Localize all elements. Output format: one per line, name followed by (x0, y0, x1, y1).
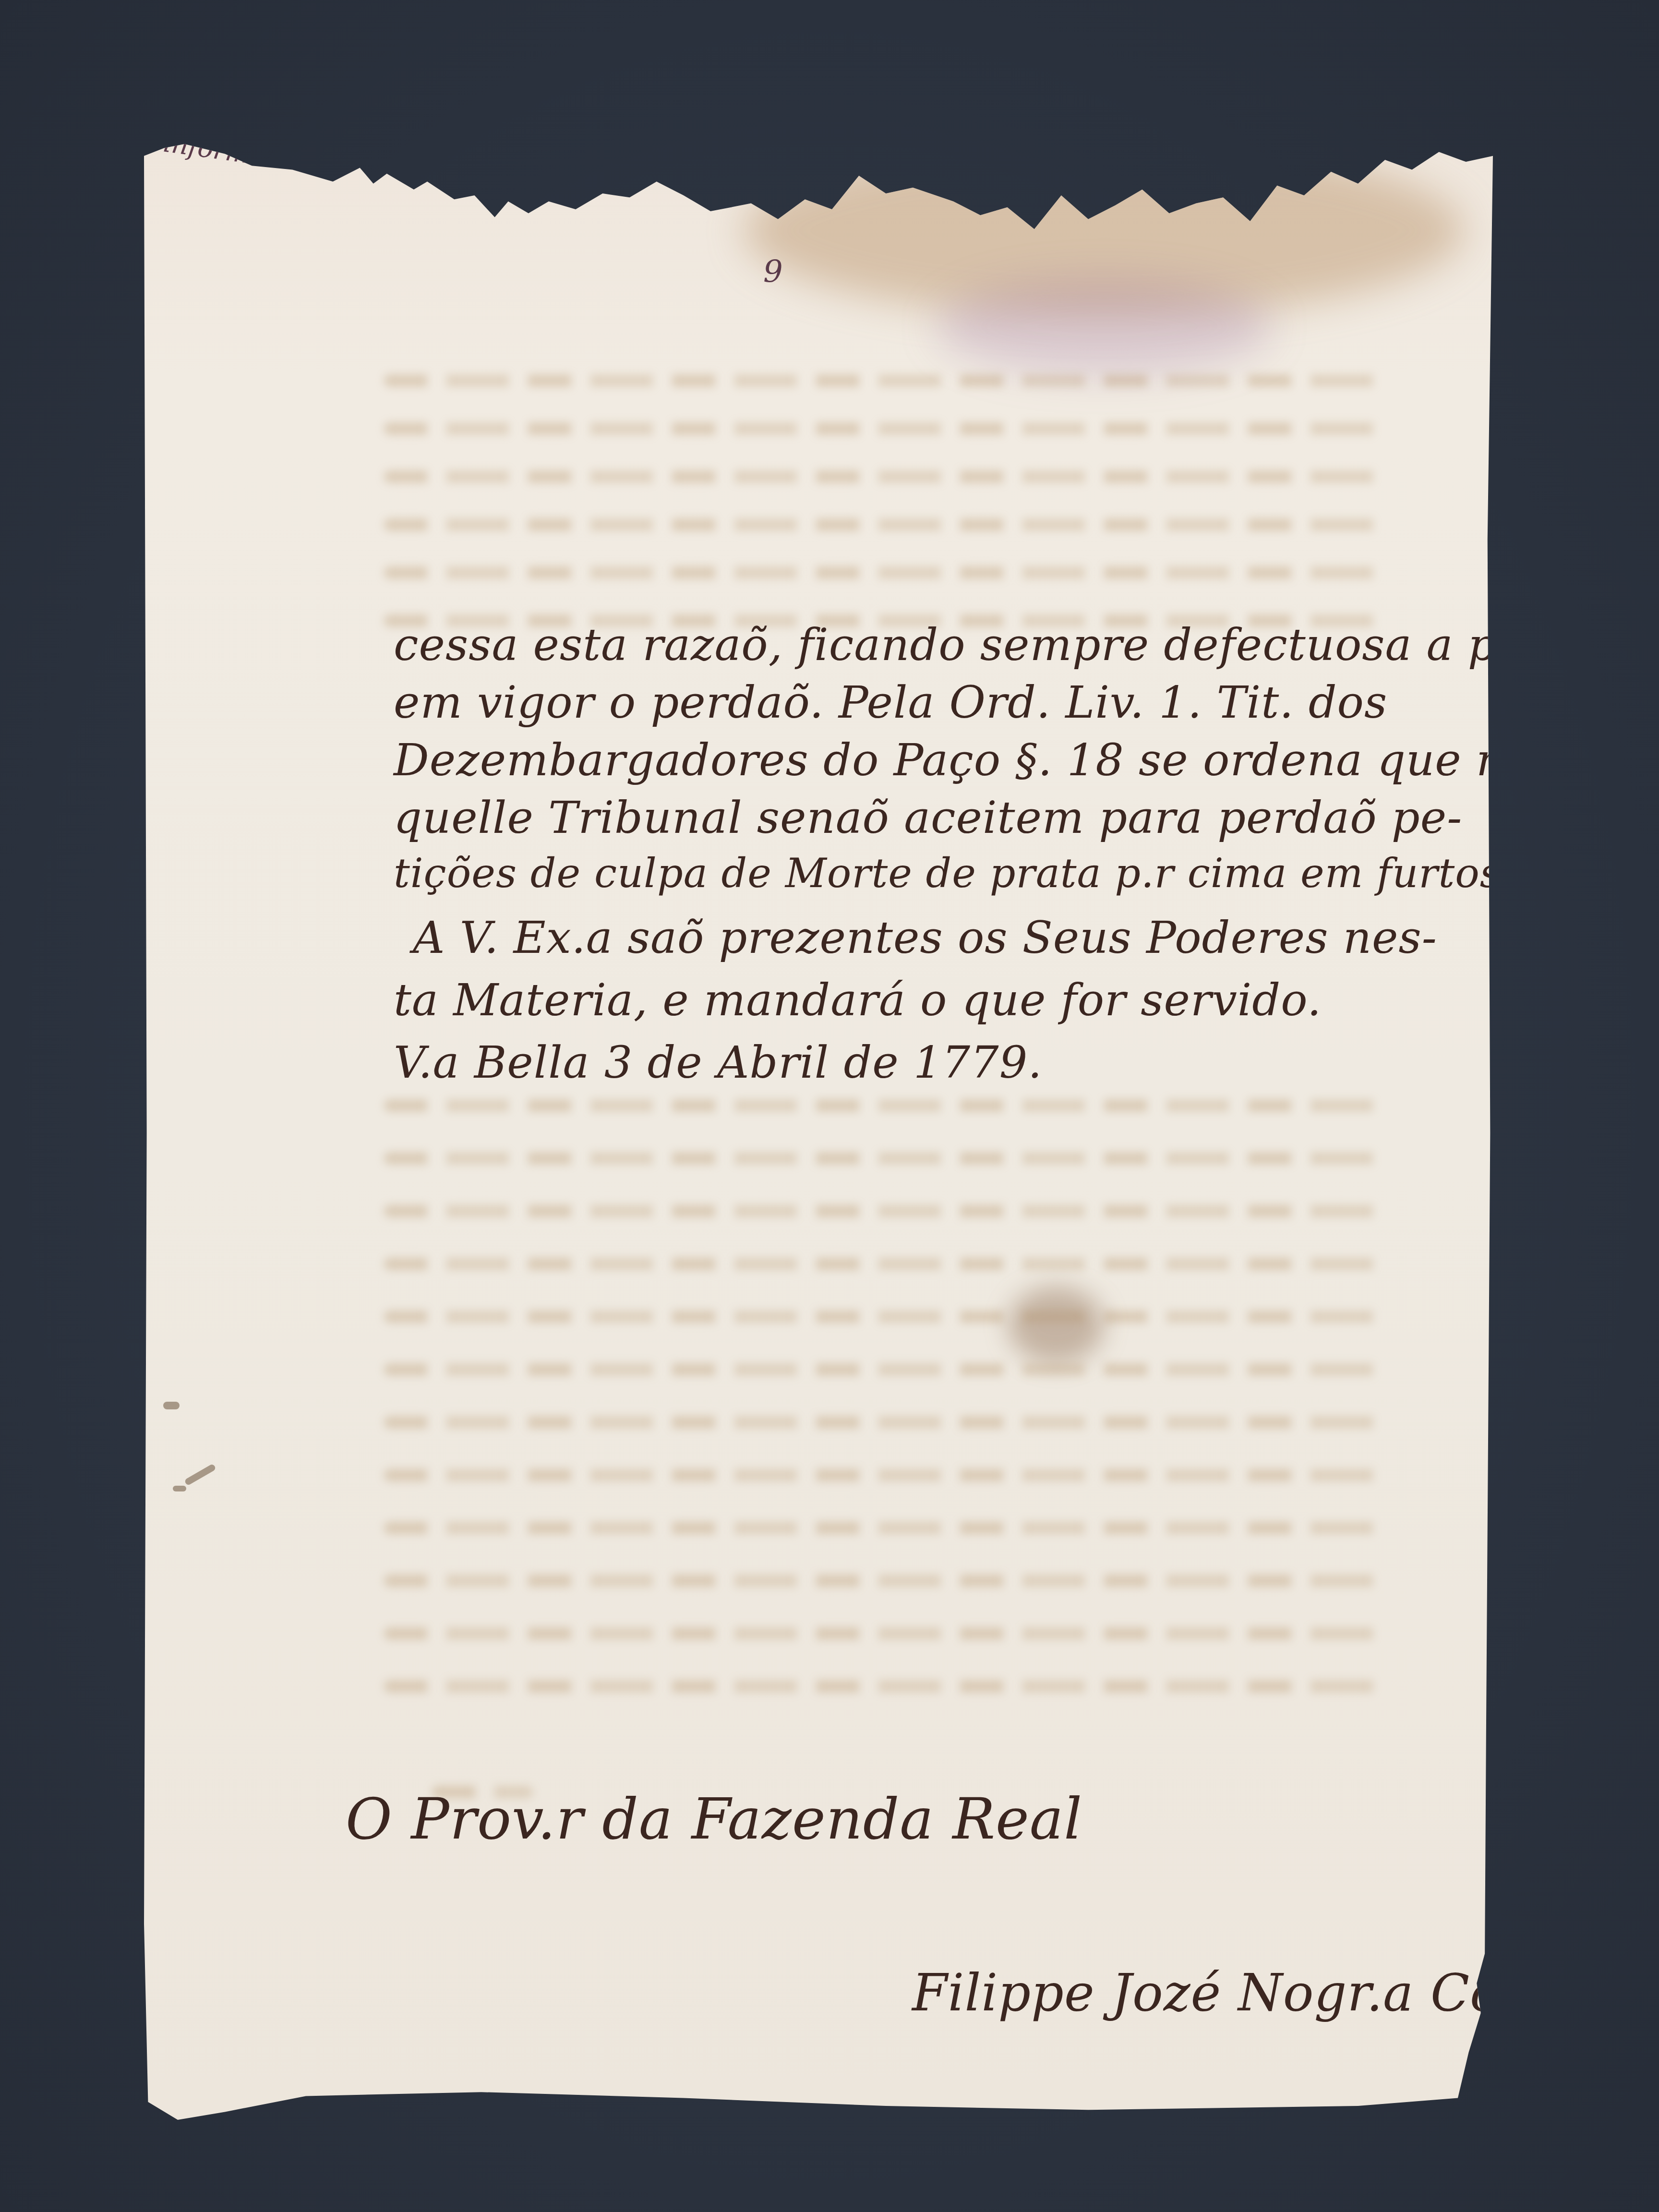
bleed-through-line (384, 1469, 1378, 1481)
ink-bleed-stain (936, 278, 1272, 374)
body-line-7: ta Materia, e mandará o que for servido. (394, 974, 1322, 1026)
bleed-through-line (384, 1310, 1378, 1323)
bleed-through-line (384, 1627, 1378, 1640)
bleed-through-line (384, 518, 1378, 531)
bleed-through-line (384, 1099, 1378, 1112)
body-line-3: Dezembargadores do Paço §. 18 se ordena … (394, 734, 1547, 786)
bleed-through-line (384, 422, 1378, 435)
bleed-through-line (384, 1258, 1378, 1270)
bleed-through-line (384, 1680, 1378, 1693)
top-edge-fragment: informe (162, 127, 267, 171)
body-line-6: A V. Ex.a saõ prezentes os Seus Poderes … (413, 912, 1437, 963)
water-stain (744, 144, 1464, 317)
bleed-through-line (384, 470, 1378, 483)
bleed-through-line (384, 1575, 1378, 1587)
margin-mark (184, 1463, 216, 1486)
top-mark: 9 (763, 254, 783, 290)
bleed-through-line (384, 1205, 1378, 1217)
bleed-through-line (384, 1363, 1378, 1376)
spot-stain (1008, 1286, 1104, 1363)
bleed-through-line (384, 374, 1378, 387)
body-line-5: tições de culpa de Morte de prata p.r ci… (394, 850, 1515, 897)
bleed-through-line (384, 1522, 1378, 1534)
signature: Filippe Jozé Nogr.a Coelho (912, 1963, 1613, 2022)
bleed-through-line (384, 1152, 1378, 1165)
margin-mark (163, 1402, 180, 1409)
body-line-4: quelle Tribunal senaõ aceitem para perda… (394, 792, 1462, 843)
body-line-1: cessa esta razaõ, ficando sempre defectu… (394, 619, 1653, 671)
manuscript-page: informe 9 cessa esta razaõ, ficando semp… (144, 144, 1493, 2122)
bleed-through-line (384, 566, 1378, 579)
body-line-2: em vigor o perdaõ. Pela Ord. Liv. 1. Tit… (394, 677, 1387, 728)
margin-mark (173, 1486, 186, 1491)
date-line: V.a Bella 3 de Abril de 1779. (394, 1037, 1042, 1088)
addressee: O Prov.r da Fazenda Real (346, 1786, 1082, 1852)
bleed-through-line (384, 1416, 1378, 1429)
